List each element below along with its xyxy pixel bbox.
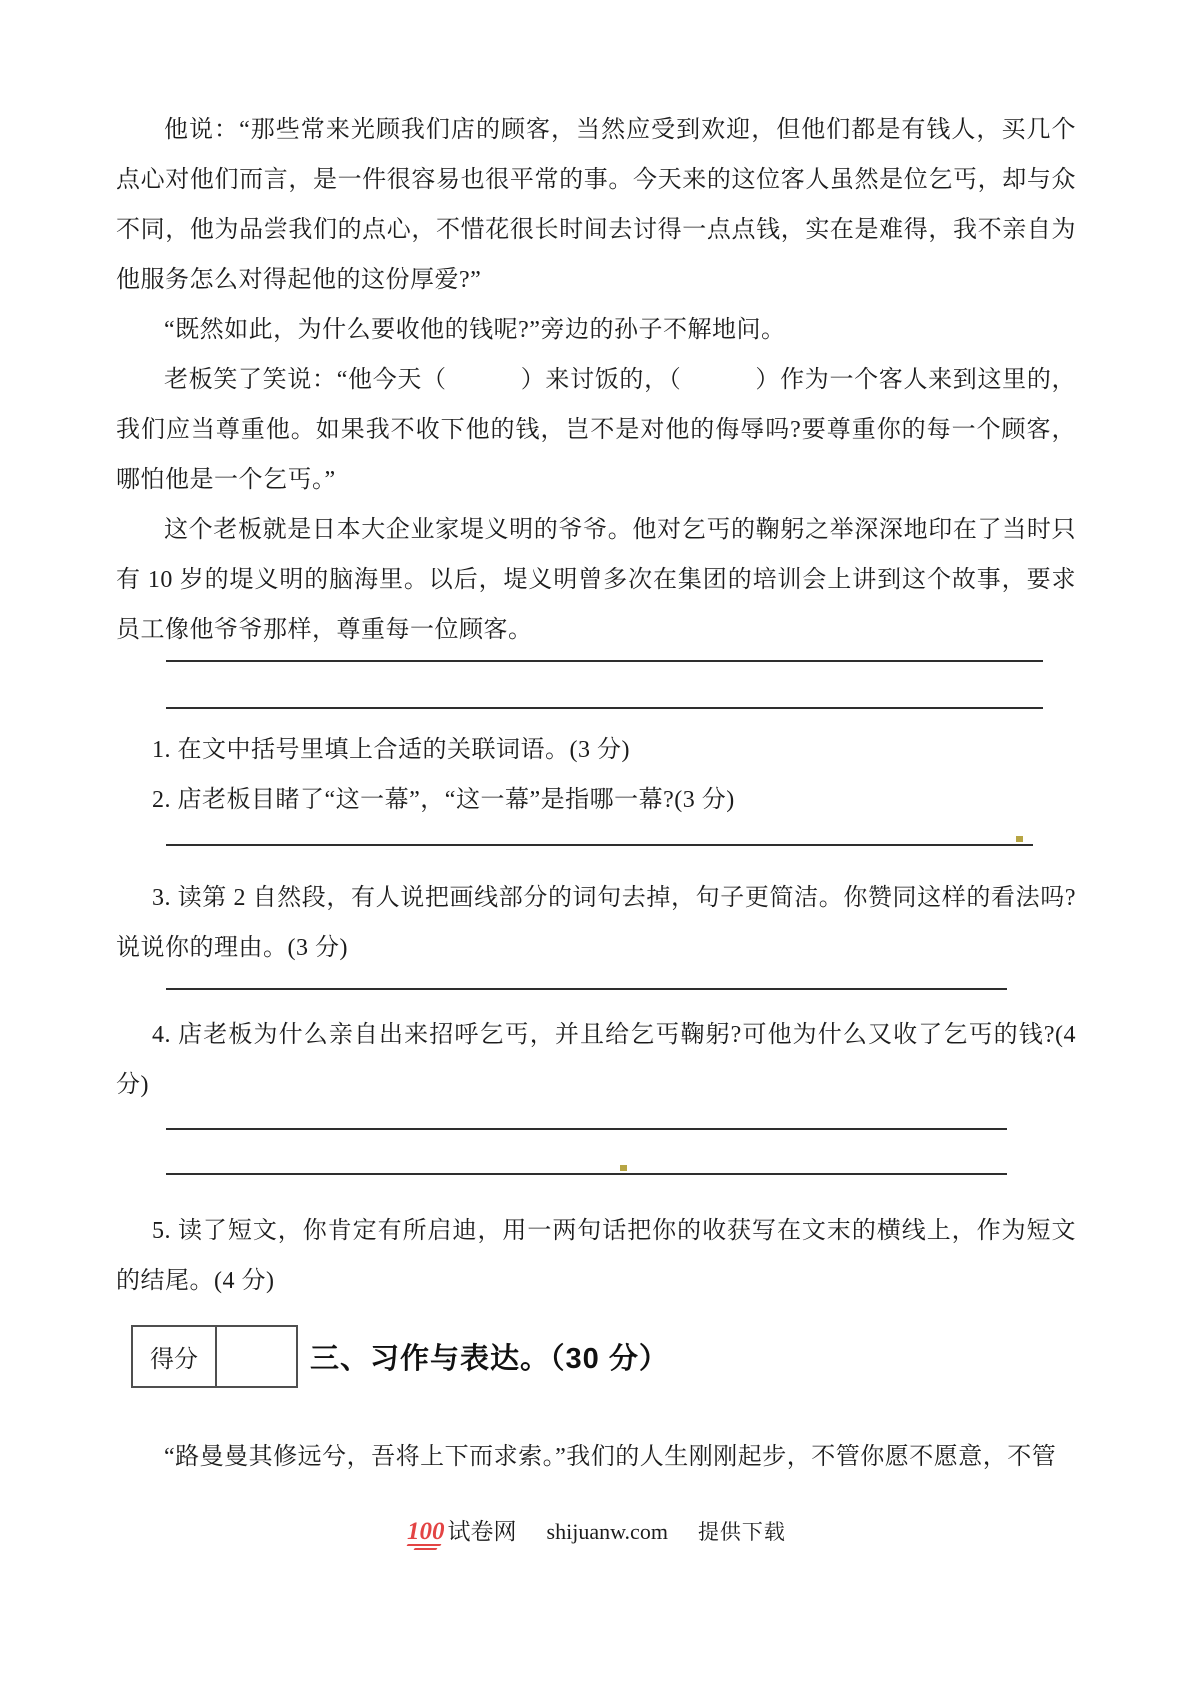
highlight-mark bbox=[1016, 836, 1023, 842]
logo-100-number: 100 bbox=[406, 1518, 448, 1546]
passage-paragraph-1: 他说：“那些常来光顾我们店的顾客，当然应受到欢迎，但他们都是有钱人，买几个点心对… bbox=[116, 105, 1076, 305]
question-1: 1. 在文中括号里填上合适的关联词语。(3 分) bbox=[116, 725, 1076, 775]
passage-paragraph-3: 老板笑了笑说：“他今天（ ）来讨饭的，（ ）作为一个客人来到这里的，我们应当尊重… bbox=[116, 355, 1076, 505]
answer-line bbox=[166, 973, 1007, 990]
page-content: 他说：“那些常来光顾我们店的顾客，当然应受到欢迎，但他们都是有钱人，买几个点心对… bbox=[0, 0, 1191, 1546]
footer-domain-text: shijuanw.com bbox=[547, 1519, 668, 1545]
question-3: 3. 读第 2 自然段，有人说把画线部分的词句去掉，句子更简洁。你赞同这样的看法… bbox=[116, 873, 1076, 973]
page-footer: 100试卷网 shijuanw.com 提供下载 bbox=[116, 1513, 1076, 1546]
exam-paper-page: 他说：“那些常来光顾我们店的顾客，当然应受到欢迎，但他们都是有钱人，买几个点心对… bbox=[0, 0, 1191, 1684]
score-value-cell bbox=[217, 1327, 296, 1386]
question-2: 2. 店老板目睹了“这一幕”，“这一幕”是指哪一幕?(3 分) bbox=[116, 775, 1076, 825]
shijuanw-logo: 100试卷网 bbox=[406, 1513, 517, 1546]
passage-paragraph-2: “既然如此，为什么要收他的钱呢?”旁边的孙子不解地问。 bbox=[116, 305, 1076, 355]
answer-line bbox=[166, 655, 1043, 662]
passage-paragraph-4: 这个老板就是日本大企业家堤义明的爷爷。他对乞丐的鞠躬之举深深地印在了当时只有 1… bbox=[116, 505, 1076, 655]
score-box: 得分 bbox=[131, 1325, 298, 1388]
question-5: 5. 读了短文，你肯定有所启迪，用一两句话把你的收获写在文末的横线上，作为短文的… bbox=[116, 1206, 1076, 1306]
score-label: 得分 bbox=[133, 1327, 217, 1386]
answer-line bbox=[166, 1130, 1007, 1175]
section-heading: 三、习作与表达。（30 分） bbox=[310, 1336, 669, 1377]
footer-download-text: 提供下载 bbox=[698, 1516, 786, 1546]
highlight-mark bbox=[620, 1165, 627, 1171]
score-section: 得分 三、习作与表达。（30 分） bbox=[131, 1325, 1076, 1388]
composition-intro: “路曼曼其修远兮，吾将上下而求索。”我们的人生刚刚起步，不管你愿不愿意，不管 bbox=[116, 1432, 1076, 1482]
question-4: 4. 店老板为什么亲自出来招呼乞丐，并且给乞丐鞠躬?可他为什么又收了乞丐的钱?(… bbox=[116, 1010, 1076, 1110]
answer-line bbox=[166, 825, 1033, 846]
answer-line bbox=[166, 1110, 1007, 1130]
logo-site-name: 试卷网 bbox=[448, 1513, 517, 1546]
answer-line bbox=[166, 662, 1043, 709]
